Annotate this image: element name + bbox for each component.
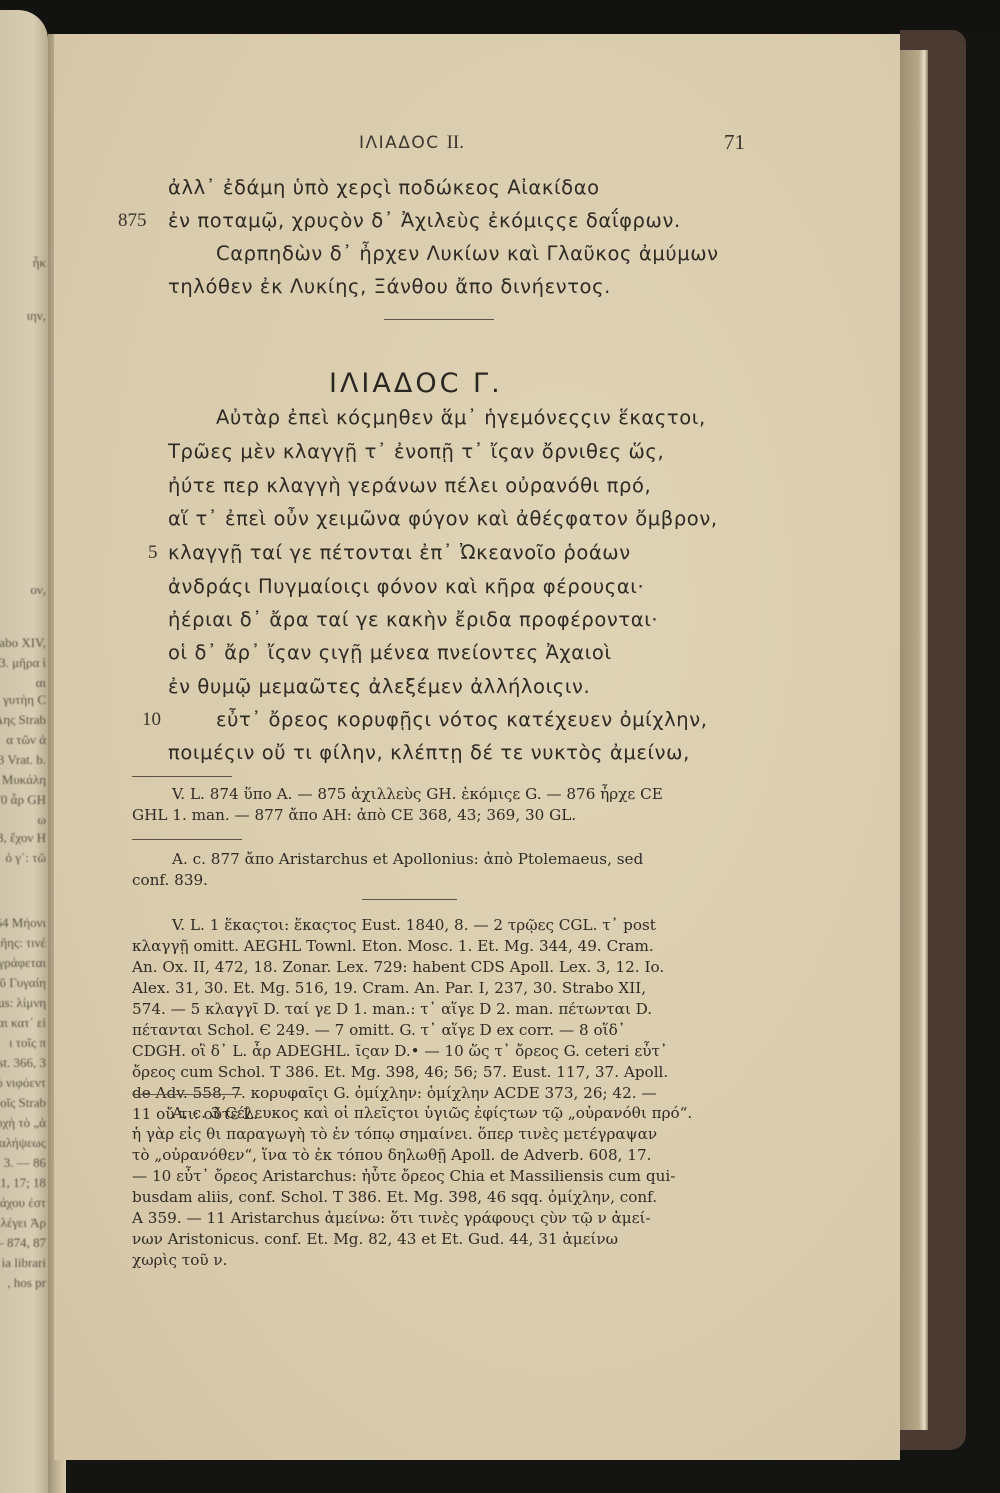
left-page-text-fragment: rabo XIV, bbox=[0, 635, 46, 651]
left-page-text-fragment: 70 ἆρ GH bbox=[0, 792, 46, 808]
note-line: κλαγγῇ omitt. AEGHL Townl. Eton. Mosc. 1… bbox=[132, 936, 812, 957]
left-page-text-fragment: 3. — 86 bbox=[4, 1155, 46, 1171]
left-page-text-fragment: ω bbox=[37, 812, 46, 828]
verse-line: ἠύτε περ κλαγγὴ γεράνων πέλει οὐρανόθι π… bbox=[168, 474, 651, 497]
left-page-text-fragment: α τῶν ἀ bbox=[6, 732, 46, 748]
left-page-text-fragment: . Μυκάλη bbox=[0, 772, 46, 788]
note-line: V. L. 874 ὕπο A. — 875 ἀχιλλεὺς GH. ἐκόμ… bbox=[132, 784, 812, 805]
running-head-title: ΙΛΙΑΔΟC bbox=[359, 133, 440, 153]
note-line: Alex. 31, 30. Et. Mg. 516, 19. Cram. An.… bbox=[132, 978, 812, 999]
left-page-text-fragment: 364 Μήονι bbox=[0, 915, 46, 931]
left-page-text-fragment: μάχου ἐστ bbox=[0, 1195, 46, 1211]
left-page-text-fragment: γυτὴη C bbox=[3, 692, 46, 708]
backdrop bbox=[0, 0, 1000, 34]
running-head: ΙΛΙΑΔΟC II. bbox=[359, 132, 464, 154]
left-page-text-fragment: 3, ἔχον H bbox=[0, 830, 46, 846]
running-head-book: II. bbox=[447, 132, 464, 153]
note-line: πέτανται Schol. Є 249. — 7 omitt. G. τ᾽ … bbox=[132, 1020, 812, 1041]
left-page-text-fragment: ἦκ bbox=[33, 255, 46, 271]
apparatus-divider bbox=[132, 1094, 242, 1095]
section-divider bbox=[384, 319, 494, 320]
apparatus-divider bbox=[132, 776, 232, 777]
book-title: ΙΛΙΑΔΟC Γ. bbox=[329, 368, 503, 399]
book-page: ΙΛΙΑΔΟC II. 71 ἀλλ᾽ ἐδάμη ὑπὸ χερςὶ ποδώ… bbox=[54, 34, 900, 1460]
left-page-text-fragment: : γράφεται bbox=[0, 955, 46, 971]
line-number: 5 bbox=[148, 542, 158, 564]
verse-line: οἱ δ᾽ ἄρ᾽ ἴςαν ςιγῇ μένεα πνείοντες Ἀχαι… bbox=[168, 641, 612, 664]
left-page-text-fragment: ιην, bbox=[27, 308, 46, 324]
apparatus-divider bbox=[132, 839, 242, 840]
note-line: ὄρεος cum Schol. T 386. Et. Mg. 398, 46;… bbox=[132, 1062, 812, 1083]
note-line: 574. — 5 κλαγγῖ D. ταί γε D 1. man.: τ᾽ … bbox=[132, 999, 812, 1020]
left-page-text-fragment: ὁ νιφόεντ bbox=[0, 1075, 46, 1091]
verse-line: Cαρπηδὼν δ᾽ ἦρχεν Λυκίων καὶ Γλαῦκος ἀμύ… bbox=[216, 242, 719, 265]
note-line: GHL 1. man. — 877 ἄπο AH: ἀπὸ CE 368, 43… bbox=[132, 805, 812, 826]
left-page-text-fragment: ὁ γ᾽: τῶ bbox=[6, 850, 46, 866]
left-page-text-fragment: 3 Vrat. b. bbox=[0, 752, 46, 768]
verse-line: ἐν ποταμῷ, χρυςὸν δ᾽ Ἀχιλεὺς ἐκόμιςςε δα… bbox=[168, 209, 681, 232]
verse-line: ποιμέςιν οὔ τι φίλην, κλέπτῃ δέ τε νυκτὸ… bbox=[168, 741, 690, 764]
note-line: V. L. 1 ἕκαςτοι: ἕκαςτος Eust. 1840, 8. … bbox=[132, 915, 812, 936]
note-line: χωρὶς τοῦ ν. bbox=[132, 1250, 812, 1271]
line-number: 10 bbox=[142, 709, 161, 731]
adnotatio-critica-prev: A. c. 877 ἄπο Aristarchus et Apollonius:… bbox=[132, 849, 812, 891]
left-page-text-fragment: ι τοῖς π bbox=[9, 1035, 46, 1051]
adnotatio-critica-main: A. c. 3 Cέλευκος καὶ οἱ πλεῖςτοι ὑγιῶς ἐ… bbox=[132, 1103, 812, 1271]
page-number: 71 bbox=[724, 130, 745, 155]
line-number: 875 bbox=[118, 210, 147, 232]
section-divider bbox=[362, 899, 457, 900]
verse-line: ἀνδράςι Πυγμαίοιςι φόνον καὶ κῆρα φέρους… bbox=[168, 575, 644, 598]
verse-line: τηλόθεν ἐκ Λυκίης, Ξάνθου ἄπο δινήεντος. bbox=[168, 275, 611, 298]
left-page-text-fragment: Ἀης Strab bbox=[0, 712, 46, 728]
left-facing-page: ἦκιην,ον,rabo XIV,3. μῆρα ἰαιγυτὴη CἈης … bbox=[0, 10, 48, 1493]
note-line: CDGH. οἳ δ᾽ L. ἆρ ADEGHL. ῖςαν D.• — 10 … bbox=[132, 1041, 812, 1062]
left-page-text-fragment: hus: λίμνη bbox=[0, 995, 46, 1011]
left-page-text-fragment: 1, 17; 18 bbox=[0, 1175, 46, 1191]
note-line: conf. 839. bbox=[132, 870, 812, 891]
verse-line: Αὐτὰρ ἐπεὶ κόςμηθεν ἅμ᾽ ἡγεμόνεςςιν ἕκας… bbox=[216, 406, 706, 429]
left-page-text-fragment: λῆης: τινέ bbox=[0, 935, 46, 951]
verse-line: Τρῶες μὲν κλαγγῇ τ᾽ ἐνοπῇ τ᾽ ἴςαν ὄρνιθε… bbox=[168, 440, 664, 463]
note-line: A. c. 877 ἄπο Aristarchus et Apollonius:… bbox=[132, 849, 812, 870]
left-page-text-fragment: ιναλήψεως bbox=[0, 1135, 46, 1151]
left-page-text-fragment: ia librari bbox=[2, 1255, 46, 1271]
page-block-edge bbox=[898, 50, 928, 1430]
left-page-text-fragment: αι κατ᾽ εἰ bbox=[0, 1015, 46, 1031]
left-page-text-fragment: 3. μῆρα ἰ bbox=[0, 655, 46, 671]
note-line: τὸ „οὐρανόθεν“, ἵνα τὸ ἐκ τόπου δηλωθῇ A… bbox=[132, 1145, 812, 1166]
left-page-text-fragment: — 874, 87 bbox=[0, 1235, 46, 1251]
note-line: νων Aristonicus. conf. Et. Mg. 82, 43 et… bbox=[132, 1229, 812, 1250]
left-page-text-fragment: ust. 366, 3 bbox=[0, 1055, 46, 1071]
note-line: A. c. 3 Cέλευκος καὶ οἱ πλεῖςτοι ὑγιῶς ἐ… bbox=[132, 1103, 812, 1124]
note-line: ἡ γὰρ εἰς θι παραγωγὴ τὸ ἐν τόπῳ σημαίνε… bbox=[132, 1124, 812, 1145]
verse-line: κλαγγῇ ταί γε πέτονται ἐπ᾽ Ὠκεανοῖο ῥοάω… bbox=[168, 541, 631, 564]
left-page-text-fragment: αι bbox=[36, 675, 46, 691]
note-line: A 359. — 11 Aristarchus ἀμείνω: ὅτι τινὲ… bbox=[132, 1208, 812, 1229]
note-line: busdam aliis, conf. Schol. T 386. Et. Mg… bbox=[132, 1187, 812, 1208]
note-line: An. Ox. II, 472, 18. Zonar. Lex. 729: ha… bbox=[132, 957, 812, 978]
verse-line: εὖτ᾽ ὄρεος κορυφῇςι νότος κατέχευεν ὀμίχ… bbox=[216, 708, 708, 731]
verse-line: αἵ τ᾽ ἐπεὶ οὖν χειμῶνα φύγον καὶ ἀθέςφατ… bbox=[168, 507, 718, 530]
verse-line: ἠέριαι δ᾽ ἄρα ταί γε κακὴν ἔριδα προφέρο… bbox=[168, 608, 658, 631]
verse-line: ἐν θυμῷ μεμαῶτες ἀλεξέμεν ἀλλήλοιςιν. bbox=[168, 675, 590, 698]
verse-line: ἀλλ᾽ ἐδάμη ὑπὸ χερςὶ ποδώκεος Αἰακίδαο bbox=[168, 176, 600, 199]
left-page-text-fragment: ρχὴ τὸ „ἀ bbox=[0, 1115, 46, 1131]
note-line: — 10 εὖτ᾽ ὄρεος Aristarchus: ἠὖτε ὄρεος … bbox=[132, 1166, 812, 1187]
left-page-text-fragment: ον, bbox=[30, 582, 46, 598]
left-page-text-fragment: λέγει Ἀρ bbox=[1, 1215, 46, 1231]
left-page-text-fragment: ροῦ Γυγαίη bbox=[0, 975, 46, 991]
varia-lectio-prev: V. L. 874 ὕπο A. — 875 ἀχιλλεὺς GH. ἐκόμ… bbox=[132, 784, 812, 826]
left-page-text-fragment: , hos pr bbox=[7, 1275, 46, 1291]
left-page-text-fragment: ῥοῖς Strab bbox=[0, 1095, 46, 1111]
